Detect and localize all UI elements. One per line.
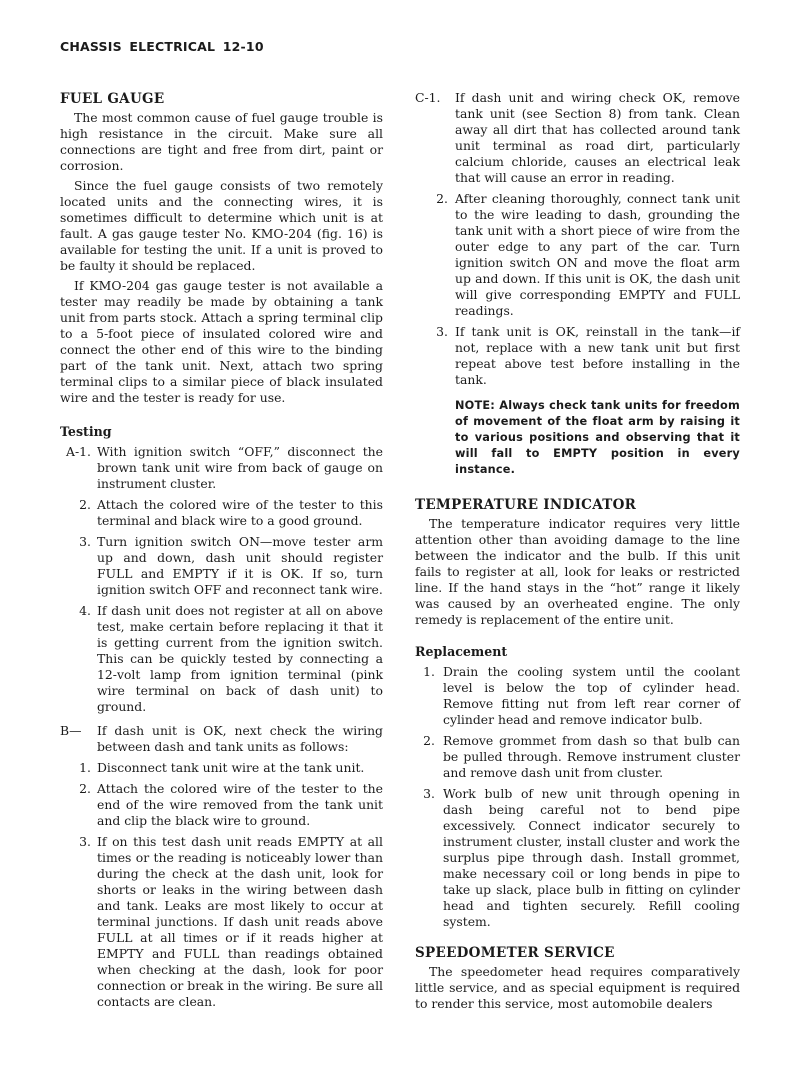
subsection-title-replacement: Replacement	[415, 644, 740, 660]
list-number: 2.	[60, 781, 97, 829]
list-text: Remove grommet from dash so that bulb ca…	[443, 733, 740, 781]
subsection-title-testing: Testing	[60, 424, 383, 440]
list-text: Disconnect tank unit wire at the tank un…	[97, 760, 383, 776]
section-title-speedometer-service: SPEEDOMETER SERVICE	[415, 944, 740, 962]
paragraph: The speedometer head requires comparativ…	[415, 964, 740, 1012]
list-number: 3.	[415, 786, 443, 930]
list-number: 2.	[60, 497, 97, 529]
list-number: B—	[60, 723, 97, 755]
list-number: 3.	[415, 324, 455, 388]
fuel-gauge-section: FUEL GAUGE The most common cause of fuel…	[60, 90, 383, 406]
list-number: 3.	[60, 534, 97, 598]
list-text: Drain the cooling system until the coola…	[443, 664, 740, 728]
list-item: 2. Attach the colored wire of the tester…	[60, 781, 383, 829]
list-item: 2. After cleaning thoroughly, connect ta…	[415, 191, 740, 319]
list-item: 1. Disconnect tank unit wire at the tank…	[60, 760, 383, 776]
list-number: 2.	[415, 733, 443, 781]
list-text: Attach the colored wire of the tester to…	[97, 497, 383, 529]
note-box: NOTE: Always check tank units for freedo…	[455, 398, 740, 478]
list-number: 1.	[60, 760, 97, 776]
list-item: 1. Drain the cooling system until the co…	[415, 664, 740, 728]
list-text: If tank unit is OK, reinstall in the tan…	[455, 324, 740, 388]
list-text: With ignition switch “OFF,” disconnect t…	[97, 444, 383, 492]
paragraph: The most common cause of fuel gauge trou…	[60, 110, 383, 174]
list-item: 3. Work bulb of new unit through opening…	[415, 786, 740, 930]
list-number: 2.	[415, 191, 455, 319]
list-number: C-1.	[415, 90, 455, 186]
list-item: 3. If tank unit is OK, reinstall in the …	[415, 324, 740, 388]
speedometer-service-section: SPEEDOMETER SERVICE The speedometer head…	[415, 944, 740, 1012]
list-number: 4.	[60, 603, 97, 715]
right-column: C-1. If dash unit and wiring check OK, r…	[415, 90, 740, 1016]
section-title-fuel-gauge: FUEL GAUGE	[60, 90, 383, 108]
left-column: FUEL GAUGE The most common cause of fuel…	[60, 90, 383, 1015]
replacement-section: Replacement 1. Drain the cooling system …	[415, 644, 740, 930]
testing-continued-section: C-1. If dash unit and wiring check OK, r…	[415, 90, 740, 478]
list-text: Work bulb of new unit through opening in…	[443, 786, 740, 930]
list-text: If dash unit and wiring check OK, remove…	[455, 90, 740, 186]
temperature-indicator-section: TEMPERATURE INDICATOR The temperature in…	[415, 496, 740, 628]
list-item: A-1. With ignition switch “OFF,” disconn…	[60, 444, 383, 492]
testing-section: Testing A-1. With ignition switch “OFF,”…	[60, 424, 383, 1010]
running-head: CHASSIS ELECTRICAL 12-10	[60, 39, 264, 54]
list-text: Attach the colored wire of the tester to…	[97, 781, 383, 829]
list-text: If on this test dash unit reads EMPTY at…	[97, 834, 383, 1010]
list-text: If dash unit does not register at all on…	[97, 603, 383, 715]
list-text: After cleaning thoroughly, connect tank …	[455, 191, 740, 319]
section-title-temperature-indicator: TEMPERATURE INDICATOR	[415, 496, 740, 514]
list-item: 4. If dash unit does not register at all…	[60, 603, 383, 715]
list-number: 3.	[60, 834, 97, 1010]
list-item: 3. If on this test dash unit reads EMPTY…	[60, 834, 383, 1010]
list-number: A-1.	[60, 444, 97, 492]
list-number: 1.	[415, 664, 443, 728]
list-item: B— If dash unit is OK, next check the wi…	[60, 723, 383, 755]
paragraph: The temperature indicator requires very …	[415, 516, 740, 628]
list-item: C-1. If dash unit and wiring check OK, r…	[415, 90, 740, 186]
list-item: 3. Turn ignition switch ON—move tester a…	[60, 534, 383, 598]
list-text: Turn ignition switch ON—move tester arm …	[97, 534, 383, 598]
list-item: 2. Attach the colored wire of the tester…	[60, 497, 383, 529]
paragraph: Since the fuel gauge consists of two rem…	[60, 178, 383, 274]
list-text: If dash unit is OK, next check the wirin…	[97, 723, 383, 755]
list-item: 2. Remove grommet from dash so that bulb…	[415, 733, 740, 781]
paragraph: If KMO-204 gas gauge tester is not avail…	[60, 278, 383, 406]
